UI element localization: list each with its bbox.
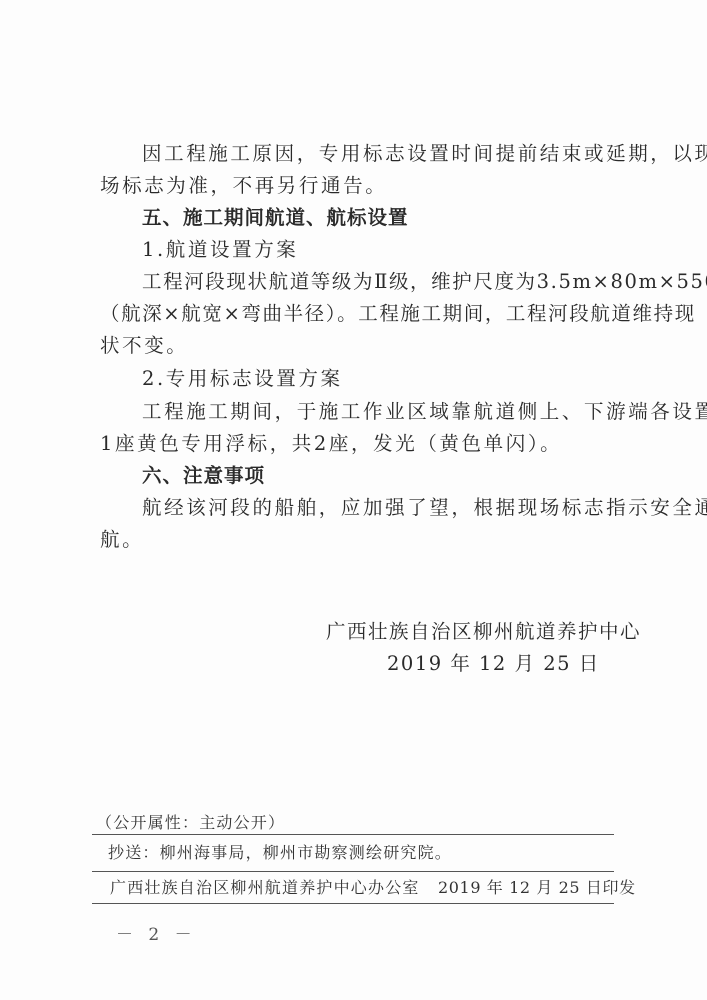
section-heading-5: 五、施工期间航道、航标设置 bbox=[142, 204, 662, 232]
paragraph-line: 工程施工期间，于施工作业区域靠航道侧上、下游端各设置 bbox=[142, 398, 662, 426]
paragraph-line: （航深×航宽×弯曲半径）。工程施工期间，工程河段航道维持现 bbox=[100, 300, 620, 328]
signature-organization: 广西壮族自治区柳州航道养护中心 bbox=[326, 618, 641, 646]
paragraph-line: 航经该河段的船舶，应加强了望，根据现场标志指示安全通 bbox=[142, 494, 662, 522]
issuing-office: 广西壮族自治区柳州航道养护中心办公室 bbox=[110, 877, 420, 899]
divider bbox=[92, 871, 614, 872]
paragraph-line: 因工程施工原因，专用标志设置时间提前结束或延期，以现 bbox=[142, 140, 662, 168]
divider bbox=[92, 834, 614, 835]
cc-recipients: 抄送：柳州海事局，柳州市勘察测绘研究院。 bbox=[108, 842, 452, 864]
paragraph-line: 1座黄色专用浮标，共2座，发光（黄色单闪）。 bbox=[100, 430, 620, 458]
paragraph-line: 场标志为准，不再另行通告。 bbox=[100, 172, 620, 200]
divider bbox=[92, 903, 614, 904]
issue-date: 2019 年 12 月 25 日印发 bbox=[438, 877, 636, 899]
paragraph-line: 航。 bbox=[100, 526, 620, 554]
paragraph-line: 状不变。 bbox=[100, 332, 620, 360]
section-heading-6: 六、注意事项 bbox=[142, 462, 662, 490]
paragraph-line: 工程河段现状航道等级为Ⅱ级，维护尺度为3.5m×80m×550m bbox=[142, 268, 662, 296]
page-number: － 2 － bbox=[116, 920, 197, 945]
subheading-marker-plan: 2.专用标志设置方案 bbox=[142, 365, 662, 393]
disclosure-attribute: （公开属性：主动公开） bbox=[96, 812, 285, 834]
subheading-channel-plan: 1.航道设置方案 bbox=[142, 236, 662, 264]
signature-date: 2019 年 12 月 25 日 bbox=[387, 650, 600, 678]
document-page: 因工程施工原因，专用标志设置时间提前结束或延期，以现 场标志为准，不再另行通告。… bbox=[0, 0, 707, 1000]
